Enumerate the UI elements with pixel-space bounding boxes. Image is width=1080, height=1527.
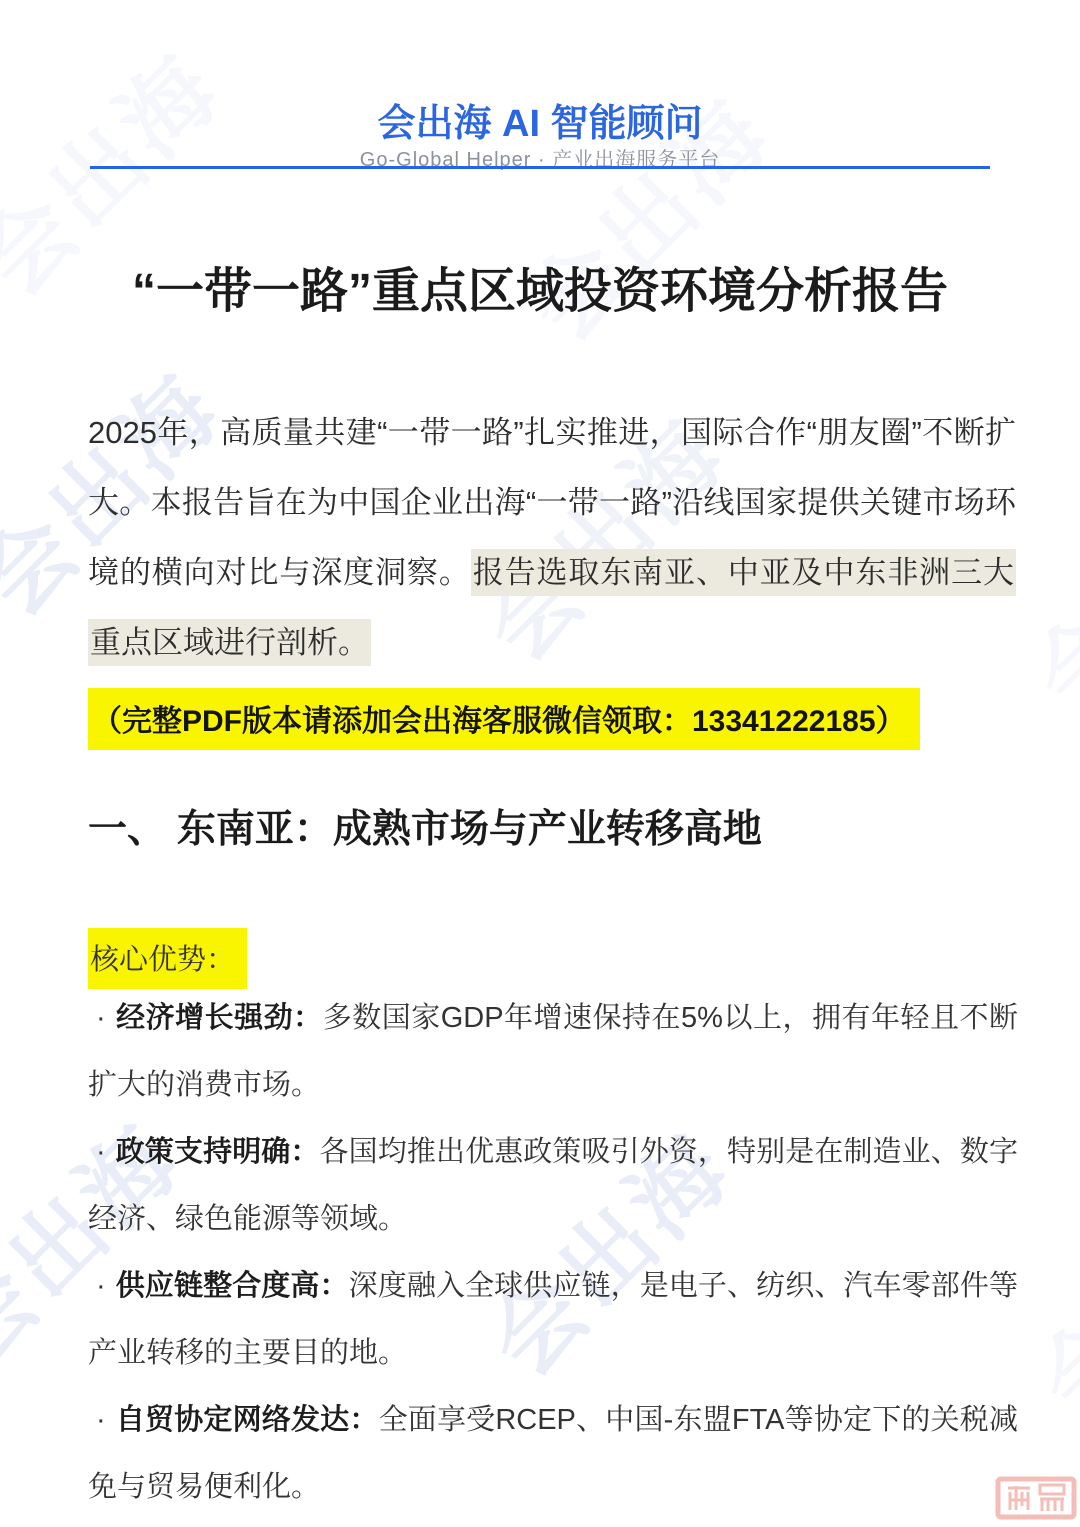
section-1-heading: 一、 东南亚：成熟市场与产业转移高地 bbox=[88, 798, 1028, 854]
advantages-list: ·经济增长强劲：多数国家GDP年增速保持在5%以上，拥有年轻且不断扩大的消费市场… bbox=[88, 985, 1018, 1521]
list-item: ·政策支持明确：各国均推出优惠政策吸引外资，特别是在制造业、数字经济、绿色能源等… bbox=[88, 1119, 1018, 1253]
pdf-note-text: （完整PDF版本请添加会出海客服微信领取：13341222185） bbox=[88, 688, 920, 750]
bullet-label: 供应链整合度高： bbox=[116, 1270, 349, 1302]
brand-title: 会出海 AI 智能顾问 bbox=[0, 92, 1080, 147]
seal-stamp-icon bbox=[995, 1476, 1077, 1520]
list-item: ·自贸协定网络发达：全面享受RCEP、中国-东盟FTA等协定下的关税减免与贸易便… bbox=[88, 1387, 1018, 1521]
bullet-label: 政策支持明确： bbox=[116, 1136, 320, 1168]
header-divider bbox=[90, 166, 990, 169]
bullet-dot-icon: · bbox=[88, 1270, 116, 1302]
core-advantages-label: 核心优势： bbox=[88, 928, 247, 989]
bullet-label: 经济增长强劲： bbox=[116, 1002, 323, 1034]
list-item: ·经济增长强劲：多数国家GDP年增速保持在5%以上，拥有年轻且不断扩大的消费市场… bbox=[88, 985, 1018, 1119]
list-item: ·供应链整合度高：深度融入全球供应链，是电子、纺织、汽车零部件等产业转移的主要目… bbox=[88, 1253, 1018, 1387]
pdf-note: （完整PDF版本请添加会出海客服微信领取：13341222185） bbox=[88, 688, 920, 750]
intro-paragraph: 2025年，高质量共建“一带一路”扎实推进，国际合作“朋友圈”不断扩大。本报告旨… bbox=[88, 398, 1016, 678]
report-title: “一带一路”重点区域投资环境分析报告 bbox=[40, 262, 1040, 322]
document-page: 会出海 会出海 会出海 会出海 会出海 会出海 会出海 会出海 会出海 会出海 … bbox=[0, 0, 1080, 1527]
bullet-dot-icon: · bbox=[88, 1002, 116, 1034]
bullet-dot-icon: · bbox=[88, 1136, 116, 1168]
core-advantages-text: 核心优势： bbox=[88, 928, 247, 989]
bullet-label: 自贸协定网络发达： bbox=[116, 1404, 379, 1436]
bullet-dot-icon: · bbox=[88, 1404, 116, 1436]
